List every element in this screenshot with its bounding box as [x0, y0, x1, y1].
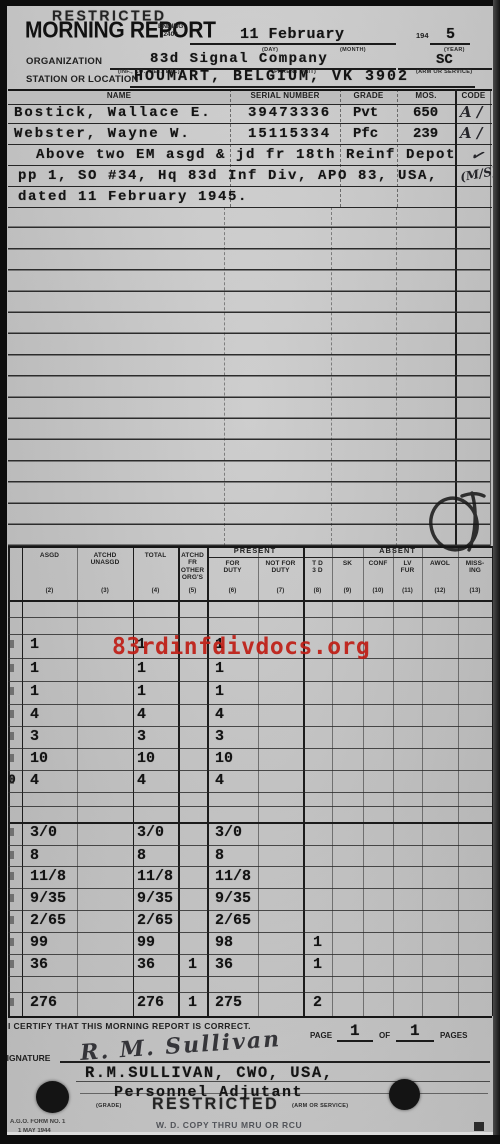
- col-header-mos: MOS.: [397, 91, 455, 100]
- handwritten-check-mark: ✓: [469, 145, 486, 166]
- stat-row-line: [8, 888, 492, 889]
- stat-cell-total: 1: [133, 660, 182, 677]
- signer-typed-name: R.M.SULLIVAN, CWO, USA,: [85, 1064, 333, 1082]
- form-title: MORNING REPORT: [25, 18, 216, 44]
- col-header-name: NAME: [8, 91, 230, 100]
- soldier-serial: 15115334: [248, 126, 331, 142]
- roster-row-1: Bostick, Wallace E. 39473336 Pvt 650 A /: [8, 102, 492, 124]
- col-number-not_duty: (7): [258, 588, 303, 595]
- cutoff-label-fragment: [9, 938, 14, 946]
- stat-cell-asgd: 3/0: [22, 824, 85, 841]
- certify-statement: I CERTIFY THAT THIS MORNING REPORT IS CO…: [8, 1021, 251, 1031]
- col-number-conf: (10): [363, 588, 393, 595]
- stat-cell-asgd: 1: [22, 660, 85, 677]
- stat-cell-for_duty: 1: [207, 683, 266, 700]
- col-number-atchd_fr: (5): [178, 588, 207, 595]
- roster-divider: [230, 89, 231, 207]
- roster-row-2: Webster, Wayne W. 15115334 Pfc 239 A /: [8, 123, 492, 145]
- signature-line: [60, 1061, 490, 1063]
- stat-cell-asgd: 1: [22, 636, 85, 653]
- col-number-td: (8): [303, 588, 332, 595]
- stat-cell-total: 10: [133, 750, 182, 767]
- year-value: 5: [446, 26, 455, 43]
- stat-cell-total: 3/0: [133, 824, 182, 841]
- present-group-header: PRESENT: [207, 547, 303, 555]
- pages-number: 1: [410, 1022, 420, 1040]
- form-number: A.G.O. FORM NO. 1: [10, 1119, 65, 1125]
- stat-cell-total: 3: [133, 728, 182, 745]
- col-header-lv_fur: LV FUR: [393, 560, 422, 575]
- soldier-grade: Pvt: [353, 105, 378, 121]
- year-underline: 5: [430, 24, 470, 45]
- code-handwritten: A /: [460, 124, 482, 142]
- stat-row-line: [8, 845, 492, 846]
- stat-row-line: [8, 726, 492, 727]
- soldier-grade: Pfc: [353, 126, 378, 142]
- title-strike-line: [80, 1093, 488, 1094]
- stat-cell-asgd: 4: [22, 772, 85, 789]
- stat-cell-asgd: 9/35: [22, 890, 85, 907]
- cutoff-label-fragment: [9, 732, 14, 740]
- stat-cell-for_duty: 4: [207, 706, 266, 723]
- handwritten-flourish: [412, 490, 496, 552]
- col-header-total: TOTAL: [133, 552, 178, 559]
- stat-cell-td: 2: [303, 994, 332, 1011]
- stat-header-bottom-line: [8, 600, 492, 602]
- punch-hole-left: [36, 1081, 69, 1113]
- cutoff-label-fragment: [9, 960, 14, 968]
- scan-edge-right: [493, 0, 500, 1144]
- organization-value: 83d Signal Company: [150, 51, 328, 67]
- stat-cell-asgd: 276: [22, 994, 85, 1011]
- cutoff-label-fragment: [9, 894, 14, 902]
- stat-row-line: [8, 681, 492, 682]
- stat-cell-total: 4: [133, 772, 182, 789]
- stat-cell-td: 1: [303, 956, 332, 973]
- scan-edge-left: [0, 0, 7, 1144]
- stat-cell-asgd: 99: [22, 934, 85, 951]
- col-number-total: (4): [133, 588, 178, 595]
- arm-underline: SC: [398, 49, 492, 70]
- code-handwritten: A /: [460, 103, 482, 121]
- stat-cell-for_duty: 1: [207, 660, 266, 677]
- stat-cell-total: 11/8: [133, 868, 182, 885]
- stat-cell-for_duty: 2/65: [207, 912, 266, 929]
- stat-row-line: [8, 976, 492, 977]
- remark-row-3: dated 11 February 1945.: [8, 186, 492, 208]
- punch-hole-right: [389, 1079, 420, 1110]
- stat-cell-atchd_fr: 1: [178, 956, 207, 973]
- col-number-for_duty: (6): [207, 588, 258, 595]
- arm-value: SC: [436, 52, 453, 68]
- col-header-for_duty: FOR DUTY: [207, 560, 258, 575]
- arm-service-label-bottom: (ARM OR SERVICE): [292, 1103, 348, 1109]
- site-watermark: 83rdinfdivdocs.org: [112, 634, 370, 660]
- stat-cell-total: 276: [133, 994, 182, 1011]
- stat-row-line: [8, 792, 492, 793]
- stat-cell-asgd: 3: [22, 728, 85, 745]
- pages-label: PAGES: [440, 1031, 467, 1040]
- col-header-conf: CONF: [363, 560, 393, 567]
- stat-cell-for_duty: 98: [207, 934, 266, 951]
- stat-row-line: [8, 806, 492, 807]
- col-header-atchd_fr: ATCHD FR OTHER ORG'S: [178, 552, 207, 581]
- stat-cell-asgd: 10: [22, 750, 85, 767]
- stat-row-line: [8, 910, 492, 911]
- station-value: HOUMART, BELGIUM, VK 3902: [134, 68, 409, 85]
- col-header-code: CODE: [455, 91, 492, 100]
- col-number-atchd_unasgd: (3): [77, 588, 133, 595]
- stat-row-line: [8, 932, 492, 933]
- stat-cell-total: 9/35: [133, 890, 182, 907]
- scanned-morning-report-page: { "scan": { "watermark": "83rdinfdivdocs…: [0, 0, 500, 1144]
- stat-cell-total: 36: [133, 956, 182, 973]
- stat-cell-total: 4: [133, 706, 182, 723]
- page-label: PAGE: [310, 1031, 332, 1040]
- stat-row-line: [8, 992, 492, 993]
- organization-underline: 83d Signal Company: [110, 49, 396, 70]
- stat-row-line: [8, 704, 492, 705]
- stat-cell-for_duty: 9/35: [207, 890, 266, 907]
- stat-cell-for_duty: 275: [207, 994, 266, 1011]
- stat-row-line: [8, 617, 492, 618]
- col-header-atchd_unasgd: ATCHD UNASGD: [77, 552, 133, 567]
- stat-cell-for_duty: 11/8: [207, 868, 266, 885]
- remark-row-2: pp 1, SO #34, Hq 83d Inf Div, APO 83, US…: [8, 165, 492, 187]
- station-underline: HOUMART, BELGIUM, VK 3902: [130, 68, 475, 88]
- remark-text: pp 1, SO #34, Hq 83d Inf Div, APO 83, US…: [18, 168, 438, 184]
- col-number-missing: (13): [458, 588, 492, 595]
- stat-cell-asgd: 8: [22, 847, 85, 864]
- col-header-missing: MISS- ING: [458, 560, 492, 575]
- right-edge-rule: [490, 89, 491, 546]
- roster-divider: [340, 89, 341, 207]
- remark-text: dated 11 February 1945.: [18, 189, 248, 205]
- cutoff-label-fragment: [9, 828, 14, 836]
- stat-cell-for_duty: 36: [207, 956, 266, 973]
- stat-row-line: [8, 770, 492, 771]
- stat-table-bottom-line: [8, 1016, 492, 1018]
- cutoff-label-fragment: [9, 872, 14, 880]
- stat-cell-total: 2/65: [133, 912, 182, 929]
- soldier-name: Webster, Wayne W.: [14, 126, 191, 142]
- remark-row-1: Above two EM asgd & jd fr 18th Reinf Dep…: [8, 144, 492, 166]
- stat-cell-stub: 0: [8, 772, 22, 787]
- stat-row-line: [8, 748, 492, 749]
- stat-cell-for_duty: 10: [207, 750, 266, 767]
- mid-divider: [396, 207, 397, 546]
- ending-2400-label: ENDING 2400: [158, 23, 183, 39]
- stat-cell-atchd_fr: 1: [178, 994, 207, 1011]
- signer-underline: [76, 1081, 490, 1082]
- col-header-not_duty: NOT FOR DUTY: [258, 560, 303, 575]
- cutoff-label-fragment: [9, 998, 14, 1006]
- scan-artifact-square: [474, 1122, 484, 1131]
- page-number: 1: [350, 1022, 360, 1040]
- stat-cell-total: 1: [133, 683, 182, 700]
- col-header-sk: SK: [332, 560, 363, 567]
- stat-cell-asgd: 2/65: [22, 912, 85, 929]
- stat-cell-for_duty: 3: [207, 728, 266, 745]
- strength-stat-table: PRESENTABSENTASGD(2)ATCHD UNASGD(3)TOTAL…: [0, 546, 500, 1016]
- stat-cell-asgd: 1: [22, 683, 85, 700]
- grade-label: (GRADE): [96, 1103, 122, 1109]
- cutoff-label-fragment: [9, 640, 14, 648]
- cutoff-label-fragment: [9, 851, 14, 859]
- mid-divider: [331, 207, 332, 546]
- col-header-serial: SERIAL NUMBER: [230, 91, 340, 100]
- cutoff-label-fragment: [9, 754, 14, 762]
- col-header-td: T D 3 D: [303, 560, 332, 575]
- scan-edge-bottom: [0, 1135, 500, 1144]
- date-value: 11 February: [240, 26, 345, 43]
- cutoff-label-fragment: [9, 687, 14, 695]
- of-label: OF: [379, 1031, 390, 1040]
- stat-cell-for_duty: 3/0: [207, 824, 266, 841]
- soldier-serial: 39473336: [248, 105, 331, 121]
- roster-divider: [397, 89, 398, 207]
- cutoff-label-fragment: [9, 664, 14, 672]
- cutoff-label-fragment: [9, 710, 14, 718]
- remark-text: Above two EM asgd & jd fr 18th Reinf Dep…: [36, 147, 456, 163]
- col-header-asgd: ASGD: [22, 552, 77, 559]
- date-underline: 11 February: [190, 24, 396, 45]
- restricted-stamp-bottom: RESTRICTED: [152, 1095, 279, 1114]
- stat-row-line: [8, 954, 492, 955]
- stat-cell-asgd: 11/8: [22, 868, 85, 885]
- stat-cell-for_duty: 4: [207, 772, 266, 789]
- col-number-lv_fur: (11): [393, 588, 422, 595]
- stat-cell-asgd: 36: [22, 956, 85, 973]
- stat-row-line: [8, 866, 492, 867]
- stat-cell-asgd: 4: [22, 706, 85, 723]
- organization-label: ORGANIZATION: [26, 56, 102, 67]
- stat-cell-for_duty: 8: [207, 847, 266, 864]
- stat-cell-td: 1: [303, 934, 332, 951]
- station-label: STATION OR LOCATION: [26, 74, 139, 85]
- col-number-asgd: (2): [22, 588, 77, 595]
- col-header-grade: GRADE: [340, 91, 397, 100]
- copy-routing-note: W. D. COPY THRU MRU OR RCU: [156, 1120, 302, 1130]
- cutoff-label-fragment: [9, 916, 14, 924]
- stat-cell-total: 8: [133, 847, 182, 864]
- mid-divider: [224, 207, 225, 546]
- col-number-awol: (12): [422, 588, 458, 595]
- signature-label: SIGNATURE: [1, 1053, 50, 1063]
- year-printed-prefix: 194: [416, 31, 429, 40]
- scan-edge-top: [0, 0, 500, 6]
- soldier-name: Bostick, Wallace E.: [14, 105, 212, 121]
- col-number-sk: (9): [332, 588, 363, 595]
- stat-cell-total: 99: [133, 934, 182, 951]
- group-underline: [207, 557, 492, 558]
- soldier-mos: 239: [413, 126, 438, 142]
- col-header-awol: AWOL: [422, 560, 458, 567]
- soldier-mos: 650: [413, 105, 438, 121]
